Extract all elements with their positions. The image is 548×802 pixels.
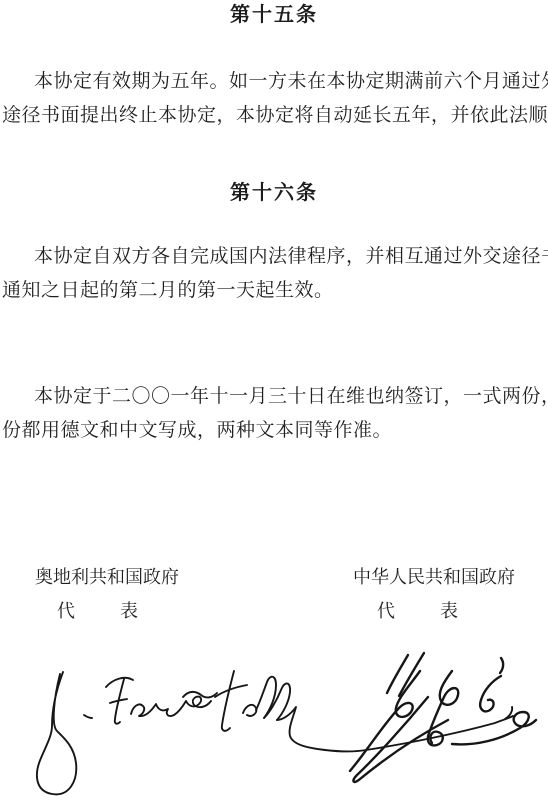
treaty-document-page: 第十五条 本协定有效期为五年。如一方未在本协定期满前六个月通过外交 途径书面提出… [0, 0, 548, 802]
austria-representative-label: 代 表 [35, 594, 185, 628]
article-16-body: 本协定自双方各自完成国内法律程序，并相互通过外交途径书面 通知之日起的第二月的第… [2, 240, 542, 308]
china-party-label: 中华人民共和国政府 [353, 560, 515, 594]
handwritten-signatures-layer [0, 640, 548, 802]
article-16-line-2: 通知之日起的第二月的第一天起生效。 [2, 274, 542, 308]
article-15-body: 本协定有效期为五年。如一方未在本协定期满前六个月通过外交 途径书面提出终止本协定… [2, 65, 542, 133]
china-representative-label: 代 表 [353, 594, 515, 628]
article-15-line-2: 途径书面提出终止本协定，本协定将自动延长五年，并依此法顺延。 [2, 99, 542, 133]
signature-block-china: 中华人民共和国政府 代 表 [353, 560, 515, 628]
article-15-line-1: 本协定有效期为五年。如一方未在本协定期满前六个月通过外交 [2, 65, 542, 99]
austria-party-label: 奥地利共和国政府 [35, 560, 185, 594]
article-15-heading: 第十五条 [0, 0, 548, 30]
article-16-line-1: 本协定自双方各自完成国内法律程序，并相互通过外交途径书面 [2, 240, 542, 274]
closing-clause: 本协定于二〇〇一年十一月三十日在维也纳签订，一式两份，每 份都用德文和中文写成，… [2, 380, 542, 448]
closing-clause-line-2: 份都用德文和中文写成，两种文本同等作准。 [2, 414, 542, 448]
signature-block-austria: 奥地利共和国政府 代 表 [35, 560, 185, 628]
article-16-heading: 第十六条 [0, 178, 548, 208]
closing-clause-line-1: 本协定于二〇〇一年十一月三十日在维也纳签订，一式两份，每 [2, 380, 542, 414]
